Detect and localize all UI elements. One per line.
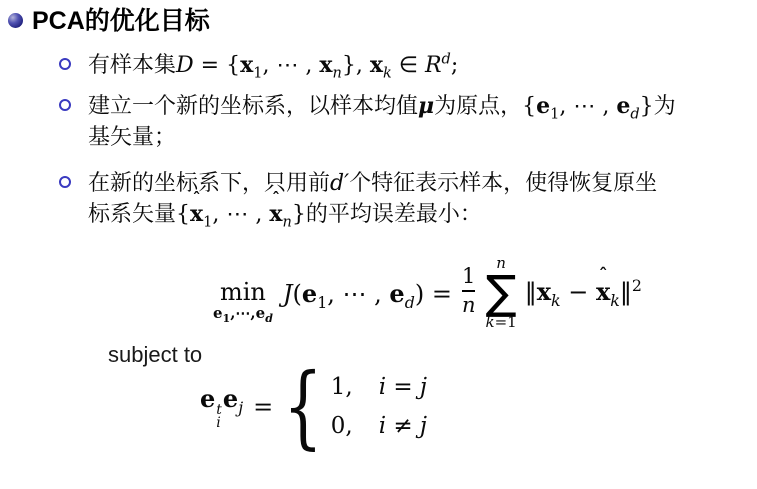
math-xhat: ˆx	[596, 277, 610, 306]
norm-open: ‖	[525, 278, 537, 306]
min-word: min	[220, 281, 266, 303]
math-text: = {	[194, 53, 240, 78]
math-text: },	[342, 53, 370, 78]
hat-accent: ˆ	[272, 191, 280, 207]
subject-to-label: subject to	[108, 342, 202, 368]
min-operator: min e1,⋯,ed	[213, 281, 273, 321]
math-var: D	[176, 53, 194, 78]
bullet-item-reconstruction-error: 在新的坐标系下，只用前d′个特征表示样本，使得恢复原坐 标系矢量{ˆx1, ⋯ …	[59, 168, 739, 230]
page-title: PCA的优化目标	[32, 5, 210, 37]
math-dots: , ⋯ ,	[212, 202, 269, 227]
fraction-bar	[462, 290, 476, 292]
math-sub: n	[333, 65, 342, 81]
norm-expression: ‖xk − ˆxk‖2	[525, 277, 642, 306]
element-of-symbol: ∈	[392, 53, 425, 78]
circle-bullet-icon	[59, 58, 71, 70]
math-vec: e	[616, 93, 630, 119]
math-dots: , ⋯ ,	[262, 53, 319, 78]
summation-operator: n ∑ k=1	[485, 256, 516, 330]
cjk-text: 为	[654, 94, 676, 119]
math-dots: , ⋯ ,	[559, 94, 616, 119]
cjk-text: 在新的坐标系下，只用前	[88, 171, 330, 196]
cases-block: 1, i = j 0, i ≠ j	[331, 374, 427, 439]
sup-sub-stack: ti	[216, 404, 222, 430]
math-vec: x	[370, 52, 383, 78]
bullet-text: 建立一个新的坐标系，以样本均值μ为原点，{e1, ⋯ , ed}为 基矢量；	[88, 91, 676, 153]
math-sub: n	[282, 214, 291, 230]
hat-accent: ˆ	[599, 268, 608, 285]
cjk-text: 标系矢量{	[88, 202, 190, 227]
math-sub: k	[383, 65, 392, 81]
math-vec: e	[536, 93, 550, 119]
min-subscript: e1,⋯,ed	[213, 306, 273, 321]
math-sup: d	[442, 52, 451, 68]
cases-brace: {	[283, 363, 322, 450]
math-vec: x	[319, 52, 332, 78]
cjk-text: 为原点，{	[434, 94, 536, 119]
cjk-text: 个特征表示样本，使得恢复原坐	[349, 171, 657, 196]
sigma-symbol: ∑	[486, 270, 517, 314]
cjk-text: 有样本集	[88, 53, 176, 78]
math-mu: μ	[418, 93, 434, 119]
slide-title-row: PCA的优化目标	[8, 5, 210, 37]
math-sub: 1	[203, 214, 212, 230]
case-row: 0, i ≠ j	[331, 413, 427, 439]
cjk-text: 基矢量；	[88, 125, 176, 150]
title-ball-bullet-icon	[8, 13, 23, 28]
cjk-text: 建立一个新的坐标系，以样本均值	[88, 94, 418, 119]
fraction-one-over-n: 1 n	[462, 266, 476, 316]
math-sub: d	[630, 106, 639, 122]
math-var: R	[425, 53, 442, 78]
cjk-text: 的平均误差最小：	[306, 202, 482, 227]
math-text: }	[292, 202, 306, 227]
hat-accent: ˆ	[193, 191, 201, 207]
math-sub: 1	[550, 106, 559, 122]
bullet-item-sample-set: 有样本集D = {x1, ⋯ , xn}, xk ∈ Rd;	[59, 50, 739, 81]
bullet-text: 有样本集D = {x1, ⋯ , xn}, xk ∈ Rd;	[88, 50, 458, 81]
math-vec: x	[240, 52, 253, 78]
math-xhat: ˆx	[269, 199, 282, 230]
constraint-formula: etiej = { 1, i = j 0, i ≠ j	[200, 374, 427, 439]
slide: PCA的优化目标 有样本集D = {x1, ⋯ , xn}, xk ∈ Rd; …	[0, 0, 757, 489]
objective-lhs: J(e1, ⋯ , ed) =	[283, 279, 452, 308]
bullet-text: 在新的坐标系下，只用前d′个特征表示样本，使得恢复原坐 标系矢量{ˆx1, ⋯ …	[88, 168, 657, 230]
circle-bullet-icon	[59, 99, 71, 111]
case-row: 1, i = j	[331, 374, 427, 400]
math-text: }	[640, 94, 654, 119]
math-var: d′	[330, 171, 349, 196]
math-text: ;	[451, 53, 458, 78]
norm-close: ‖	[620, 278, 632, 306]
bullet-item-new-coordinate: 建立一个新的坐标系，以样本均值μ为原点，{e1, ⋯ , ed}为 基矢量；	[59, 91, 739, 153]
equals-sign: =	[253, 393, 273, 421]
minus-sign: −	[561, 278, 596, 306]
circle-bullet-icon	[59, 176, 71, 188]
math-xhat: ˆx	[190, 199, 203, 230]
constraint-lhs: etiej	[200, 384, 243, 430]
objective-formula: min e1,⋯,ed J(e1, ⋯ , ed) = 1 n n ∑ k=1 …	[213, 247, 642, 339]
